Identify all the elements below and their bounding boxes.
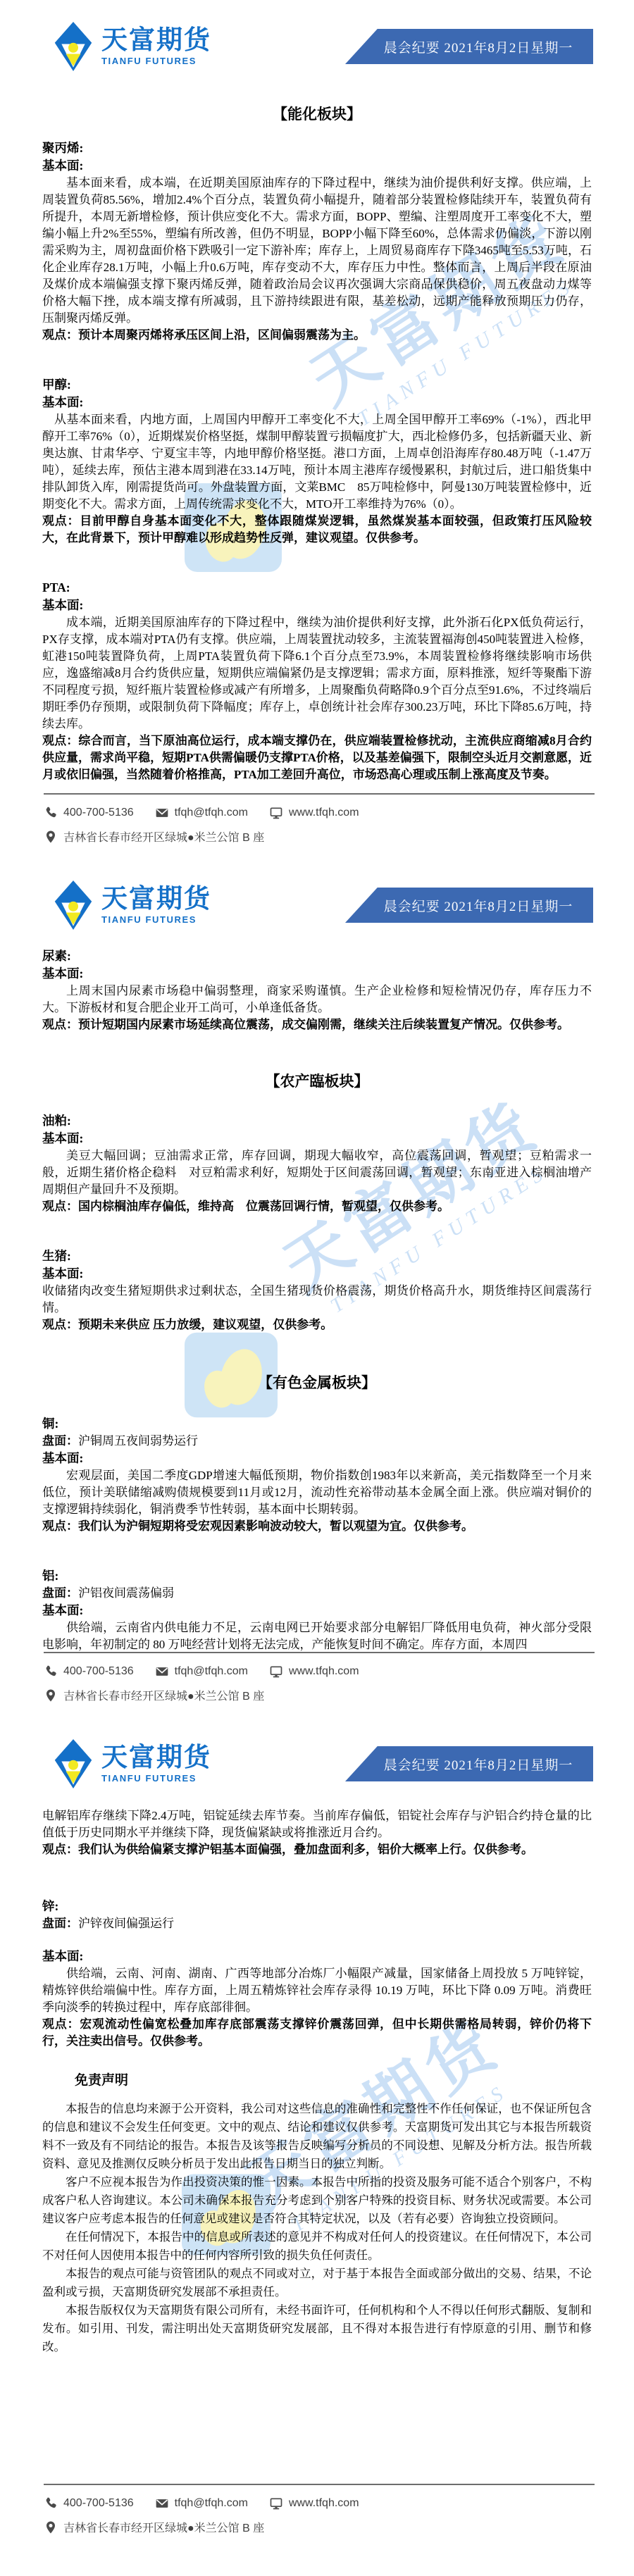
footer-phone: 400-700-5136	[63, 807, 134, 819]
board-label: 盘面：	[42, 1586, 78, 1600]
email-icon	[155, 1665, 169, 1679]
banner-title: 晨会纪要 2021年8月2日星期一	[384, 1755, 573, 1774]
board-line: 盘面：沪铝夜间震荡偏弱	[42, 1585, 592, 1602]
page-footer: 400-700-5136 tfqh@tfqh.com www.tfqh.com …	[44, 2484, 595, 2544]
footer-contacts: 400-700-5136 tfqh@tfqh.com www.tfqh.com	[44, 806, 595, 820]
disclaimer-paragraph: 本报告版权仅为天富期货有限公司所有，未经书面许可，任何机构和个人不得以任何形式翻…	[42, 2301, 592, 2356]
disclaimer-paragraph: 本报告的信息均来源于公开资料，我公司对这些信息的准确性和完整性不作任何保证，也不…	[42, 2100, 592, 2173]
page-3-content: 电解铝库存继续下降2.4万吨，铝锭延续去库节奏。当前库存偏低，铝锭社会库存与沪铝…	[0, 1807, 634, 2356]
item-heading: 锌:	[42, 1898, 592, 1915]
item-heading: 油粕:	[42, 1112, 592, 1130]
page-3: 天富期货 TIANFU FUTURES 天富期货 TIANFU FUTURES …	[0, 1717, 634, 2576]
footer-phone: 400-700-5136	[63, 2497, 134, 2510]
disclaimer-title: 免责声明	[75, 2070, 592, 2089]
fundamental-text: 基本面来看，成本端，在近期美国原油库存的下降过程中，继续为油价提供利好支撑。供应…	[42, 175, 592, 327]
fundamental-text-part2: 电解铝库存继续下降2.4万吨，铝锭延续去库节奏。当前库存偏低，铝锭社会库存与沪铝…	[42, 1807, 592, 1841]
footer-address: 吉林省长春市经开区绿城●米兰公馆 B 座	[63, 828, 264, 845]
viewpoint-text: 观点：目前甲醇自身基本面变化不大，整体跟随煤炭逻辑，虽然煤炭基本面较强，但政策打…	[42, 513, 592, 547]
item-pta: PTA: 基本面: 成本端，近期美国原油库存的下降过程中，继续为油价提供利好支撑…	[42, 579, 592, 783]
item-polypropylene: 聚丙烯: 基本面: 基本面来看，成本端，在近期美国原油库存的下降过程中，继续为油…	[42, 139, 592, 344]
item-heading: 铜:	[42, 1415, 592, 1433]
phone-icon	[44, 806, 58, 820]
footer-email: tfqh@tfqh.com	[175, 807, 248, 819]
footer-phone: 400-700-5136	[63, 1665, 134, 1678]
banner-title: 晨会纪要 2021年8月2日星期一	[384, 37, 573, 56]
board-text: 沪铜周五夜间弱势运行	[78, 1434, 198, 1448]
phone-icon	[44, 2496, 58, 2510]
viewpoint-text: 观点：我们认为沪铜短期将受宏观因素影响波动较大，暂以观望为宜。仅供参考。	[42, 1518, 592, 1535]
report-banner: 晨会纪要 2021年8月2日星期一	[345, 1746, 593, 1781]
page-1: 天富期货 TIANFU FUTURES 天富期货 TIANFU FUTURES …	[0, 0, 634, 859]
fundamental-label: 基本面:	[42, 1450, 592, 1467]
location-icon	[44, 830, 58, 844]
fundamental-label: 基本面:	[42, 157, 592, 175]
website-icon	[269, 2496, 283, 2510]
company-logo: 天富期货 TIANFU FUTURES	[54, 878, 211, 932]
logo-name-cn: 天富期货	[101, 885, 211, 913]
footer-address: 吉林省长春市经开区绿城●米兰公馆 B 座	[63, 1687, 264, 1703]
email-icon	[155, 806, 169, 820]
fundamental-label: 基本面:	[42, 1265, 592, 1283]
logo-name-en: TIANFU FUTURES	[101, 914, 211, 925]
fundamental-text: 供给端，云南、河南、湖南、广西等地部分冶炼厂小幅限产减量，国家储备上周投放 5 …	[42, 1965, 592, 2016]
page-header: 天富期货 TIANFU FUTURES 晨会纪要 2021年8月2日星期一	[0, 0, 634, 79]
viewpoint-text: 观点：预期未来供应 压力放缓，建议观望，仅供参考。	[42, 1317, 592, 1333]
footer-address-row: 吉林省长春市经开区绿城●米兰公馆 B 座	[44, 1687, 595, 1703]
logo-name-cn: 天富期货	[101, 27, 211, 54]
footer-address-row: 吉林省长春市经开区绿城●米兰公馆 B 座	[44, 828, 595, 845]
location-icon	[44, 1688, 58, 1703]
fundamental-text: 美豆大幅回调；豆油需求正常，库存回调，期现大幅收窄，高位震荡回调，暂观望；豆粕需…	[42, 1147, 592, 1198]
page-header: 天富期货 TIANFU FUTURES 晨会纪要 2021年8月2日星期一	[0, 859, 634, 938]
page-1-content: 【能化板块】 聚丙烯: 基本面: 基本面来看，成本端，在近期美国原油库存的下降过…	[0, 103, 634, 783]
disclaimer-section: 免责声明 本报告的信息均来源于公开资料，我公司对这些信息的准确性和完整性不作任何…	[42, 2070, 592, 2356]
location-icon	[44, 2520, 58, 2534]
logo-name-en: TIANFU FUTURES	[101, 56, 211, 66]
item-oilmeal: 油粕: 基本面: 美豆大幅回调；豆油需求正常，库存回调，期现大幅收窄，高位震荡回…	[42, 1112, 592, 1215]
page-2-content: 尿素: 基本面: 上周末国内尿素市场稳中偏弱整理，商家采购谨慎。生产企业检修和短…	[0, 947, 634, 1653]
page-footer: 400-700-5136 tfqh@tfqh.com www.tfqh.com …	[44, 1652, 595, 1712]
viewpoint-text: 观点：综合而言，当下原油高位运行，成本端支撑仍在，供应端装置检修扰动，主流供应商…	[42, 733, 592, 783]
item-zinc: 锌: 盘面：沪锌夜间偏强运行 基本面: 供给端，云南、河南、湖南、广西等地部分冶…	[42, 1898, 592, 2050]
report-banner: 晨会纪要 2021年8月2日星期一	[345, 29, 593, 64]
fundamental-text: 成本端，近期美国原油库存的下降过程中，继续为油价提供利好支撑，此外浙石化PX低负…	[42, 614, 592, 733]
fundamental-text: 从基本面来看，内地方面，上周国内甲醇开工率变化不大，上周全国甲醇开工率69%（-…	[42, 411, 592, 513]
viewpoint-text: 观点：预计本周聚丙烯将承压区间上沿，区间偏弱震荡为主。	[42, 327, 592, 344]
footer-website: www.tfqh.com	[289, 2497, 359, 2510]
page-header: 天富期货 TIANFU FUTURES 晨会纪要 2021年8月2日星期一	[0, 1717, 634, 1796]
company-logo: 天富期货 TIANFU FUTURES	[54, 20, 211, 73]
fundamental-text: 收储猪肉改变生猪短期供求过剩状态，全国生猪现货价格震荡，期货价格高升水，期货维持…	[42, 1283, 592, 1317]
item-pig: 生猪: 基本面: 收储猪肉改变生猪短期供求过剩状态，全国生猪现货价格震荡，期货价…	[42, 1247, 592, 1333]
fundamental-label: 基本面:	[42, 394, 592, 411]
fundamental-label: 基本面:	[42, 965, 592, 983]
item-copper: 铜: 盘面：沪铜周五夜间弱势运行 基本面: 宏观层面，美国二季度GDP增速大幅低…	[42, 1415, 592, 1535]
board-label: 盘面：	[42, 1434, 78, 1448]
board-text: 沪铝夜间震荡偏弱	[78, 1586, 174, 1600]
board-line: 盘面：沪锌夜间偏强运行	[42, 1915, 592, 1932]
item-heading: 尿素:	[42, 947, 592, 965]
fundamental-text: 上周末国内尿素市场稳中偏弱整理，商家采购谨慎。生产企业检修和短检情况仍存，库存压…	[42, 983, 592, 1016]
item-urea: 尿素: 基本面: 上周末国内尿素市场稳中偏弱整理，商家采购谨慎。生产企业检修和短…	[42, 947, 592, 1033]
tianfu-logo-icon	[54, 878, 93, 932]
footer-email: tfqh@tfqh.com	[175, 2497, 248, 2510]
board-line: 盘面：沪铜周五夜间弱势运行	[42, 1433, 592, 1450]
section-title-metal: 【有色金属板块】	[42, 1371, 592, 1393]
logo-text: 天富期货 TIANFU FUTURES	[101, 27, 211, 67]
disclaimer-paragraph: 客户不应视本报告为作出投资决策的惟一因素。本报告中所指的投资及服务可能不适合个别…	[42, 2173, 592, 2228]
footer-address-row: 吉林省长春市经开区绿城●米兰公馆 B 座	[44, 2519, 595, 2535]
logo-text: 天富期货 TIANFU FUTURES	[101, 885, 211, 926]
disclaimer-paragraph: 本报告的观点可能与资管团队的观点不同或对立，对于基于本报告全面或部分做出的交易、…	[42, 2265, 592, 2301]
fundamental-label: 基本面:	[42, 597, 592, 614]
board-label: 盘面：	[42, 1917, 78, 1930]
item-heading: 铝:	[42, 1567, 592, 1585]
tianfu-logo-icon	[54, 20, 93, 73]
website-icon	[269, 1665, 283, 1679]
fundamental-text-part1: 供给端，云南省内供电能力不足，云南电网已开始要求部分电解铝厂降低用电负荷，神火部…	[42, 1619, 592, 1653]
report-banner: 晨会纪要 2021年8月2日星期一	[345, 888, 593, 923]
viewpoint-text: 观点：我们认为供给偏紧支撑沪铝基本面偏强，叠加盘面利多，铝价大概率上行。仅供参考…	[42, 1841, 592, 1858]
item-heading: 生猪:	[42, 1247, 592, 1265]
fundamental-label: 基本面:	[42, 1130, 592, 1147]
page-footer: 400-700-5136 tfqh@tfqh.com www.tfqh.com …	[44, 793, 595, 853]
email-icon	[155, 2496, 169, 2510]
disclaimer-paragraph: 在任何情况下，本报告中的信息或所表述的意见并不构成对任何人的投资建议。在任何情况…	[42, 2228, 592, 2265]
banner-title: 晨会纪要 2021年8月2日星期一	[384, 896, 573, 915]
logo-name-en: TIANFU FUTURES	[101, 1773, 211, 1784]
item-methanol: 甲醇: 基本面: 从基本面来看，内地方面，上周国内甲醇开工率变化不大，上周全国甲…	[42, 376, 592, 547]
section-title-energy: 【能化板块】	[42, 103, 592, 124]
fundamental-text: 宏观层面，美国二季度GDP增速大幅低预期，物价指数创1983年以来新高，美元指数…	[42, 1467, 592, 1518]
viewpoint-text: 观点：宏观流动性偏宽松叠加库存底部震荡支撑锌价震荡回弹，但中长期供需格局转弱，锌…	[42, 2016, 592, 2050]
page-2: 天富期货 TIANFU FUTURES 天富期货 TIANFU FUTURES …	[0, 859, 634, 1717]
item-aluminum-continued: 电解铝库存继续下降2.4万吨，铝锭延续去库节奏。当前库存偏低，铝锭社会库存与沪铝…	[42, 1807, 592, 1858]
website-icon	[269, 806, 283, 820]
footer-email: tfqh@tfqh.com	[175, 1665, 248, 1678]
viewpoint-text: 观点：预计短期国内尿素市场延续高位震荡，成交偏刚需，继续关注后续装置复产情况。仅…	[42, 1016, 592, 1033]
footer-divider	[44, 1652, 595, 1653]
tianfu-logo-icon	[54, 1737, 93, 1791]
phone-icon	[44, 1665, 58, 1679]
item-heading: PTA:	[42, 579, 592, 597]
logo-name-cn: 天富期货	[101, 1744, 211, 1772]
footer-contacts: 400-700-5136 tfqh@tfqh.com www.tfqh.com	[44, 2496, 595, 2510]
logo-text: 天富期货 TIANFU FUTURES	[101, 1744, 211, 1784]
footer-website: www.tfqh.com	[289, 807, 359, 819]
footer-website: www.tfqh.com	[289, 1665, 359, 1678]
item-heading: 甲醇:	[42, 376, 592, 394]
fundamental-label: 基本面:	[42, 1948, 592, 1965]
board-text: 沪锌夜间偏强运行	[78, 1917, 174, 1930]
footer-divider	[44, 2484, 595, 2485]
footer-contacts: 400-700-5136 tfqh@tfqh.com www.tfqh.com	[44, 1665, 595, 1679]
company-logo: 天富期货 TIANFU FUTURES	[54, 1737, 211, 1791]
footer-address: 吉林省长春市经开区绿城●米兰公馆 B 座	[63, 2519, 264, 2535]
item-heading: 聚丙烯:	[42, 139, 592, 157]
fundamental-label: 基本面:	[42, 1602, 592, 1619]
viewpoint-text: 观点：国内棕榈油库存偏低，维持高 位震荡回调行情，暂观望，仅供参考。	[42, 1198, 592, 1215]
item-aluminum: 铝: 盘面：沪铝夜间震荡偏弱 基本面: 供给端，云南省内供电能力不足，云南电网已…	[42, 1567, 592, 1653]
footer-divider	[44, 793, 595, 795]
section-title-agri: 【农产臨板块】	[42, 1070, 592, 1091]
